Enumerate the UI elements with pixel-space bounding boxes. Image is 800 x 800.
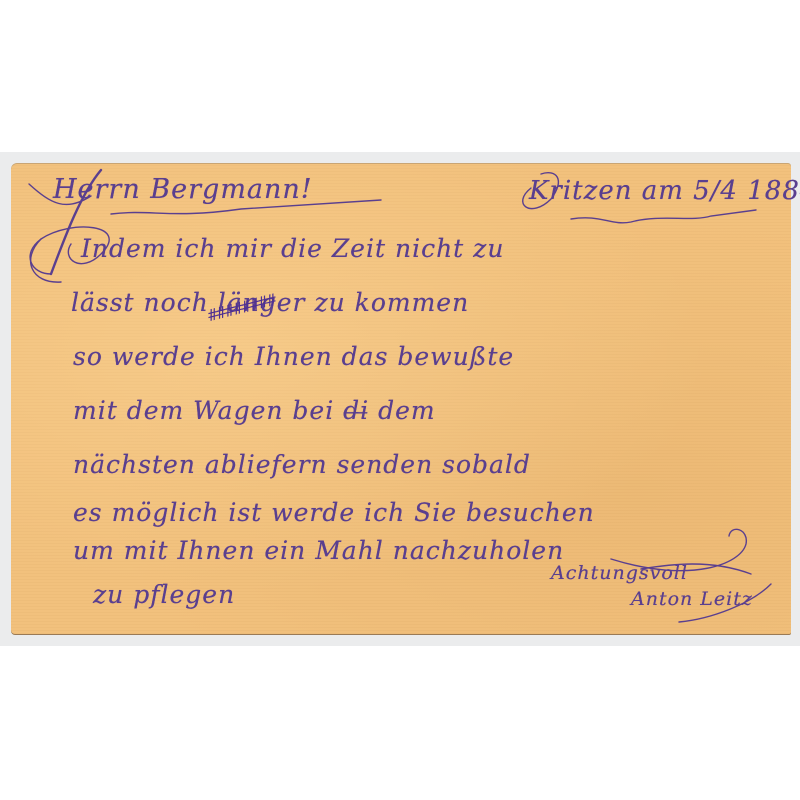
body-line-1: Indem ich mir die Zeit nicht zu: [81, 234, 504, 263]
body-line-6: es möglich ist werde ich Sie besuchen: [73, 498, 595, 527]
body-line-7: um mit Ihnen ein Mahl nachzuholen: [73, 536, 564, 565]
closing-line: Achtungsvoll: [551, 562, 688, 584]
body-line-4: mit dem Wagen bei d̶i̶ dem: [73, 396, 436, 425]
body-line-3: so werde ich Ihnen das bewußte: [73, 342, 514, 371]
salutation: Herrn Bergmann!: [53, 174, 313, 205]
signature: Anton Leitz: [631, 588, 753, 610]
postcard: Herrn Bergmann! Kritzen am 5/4 1884 Inde…: [11, 164, 791, 634]
body-line-5: nächsten abliefern senden sobald: [73, 450, 531, 479]
place-and-date: Kritzen am 5/4 1884: [529, 176, 800, 206]
body-line-8: zu pflegen: [93, 580, 235, 609]
